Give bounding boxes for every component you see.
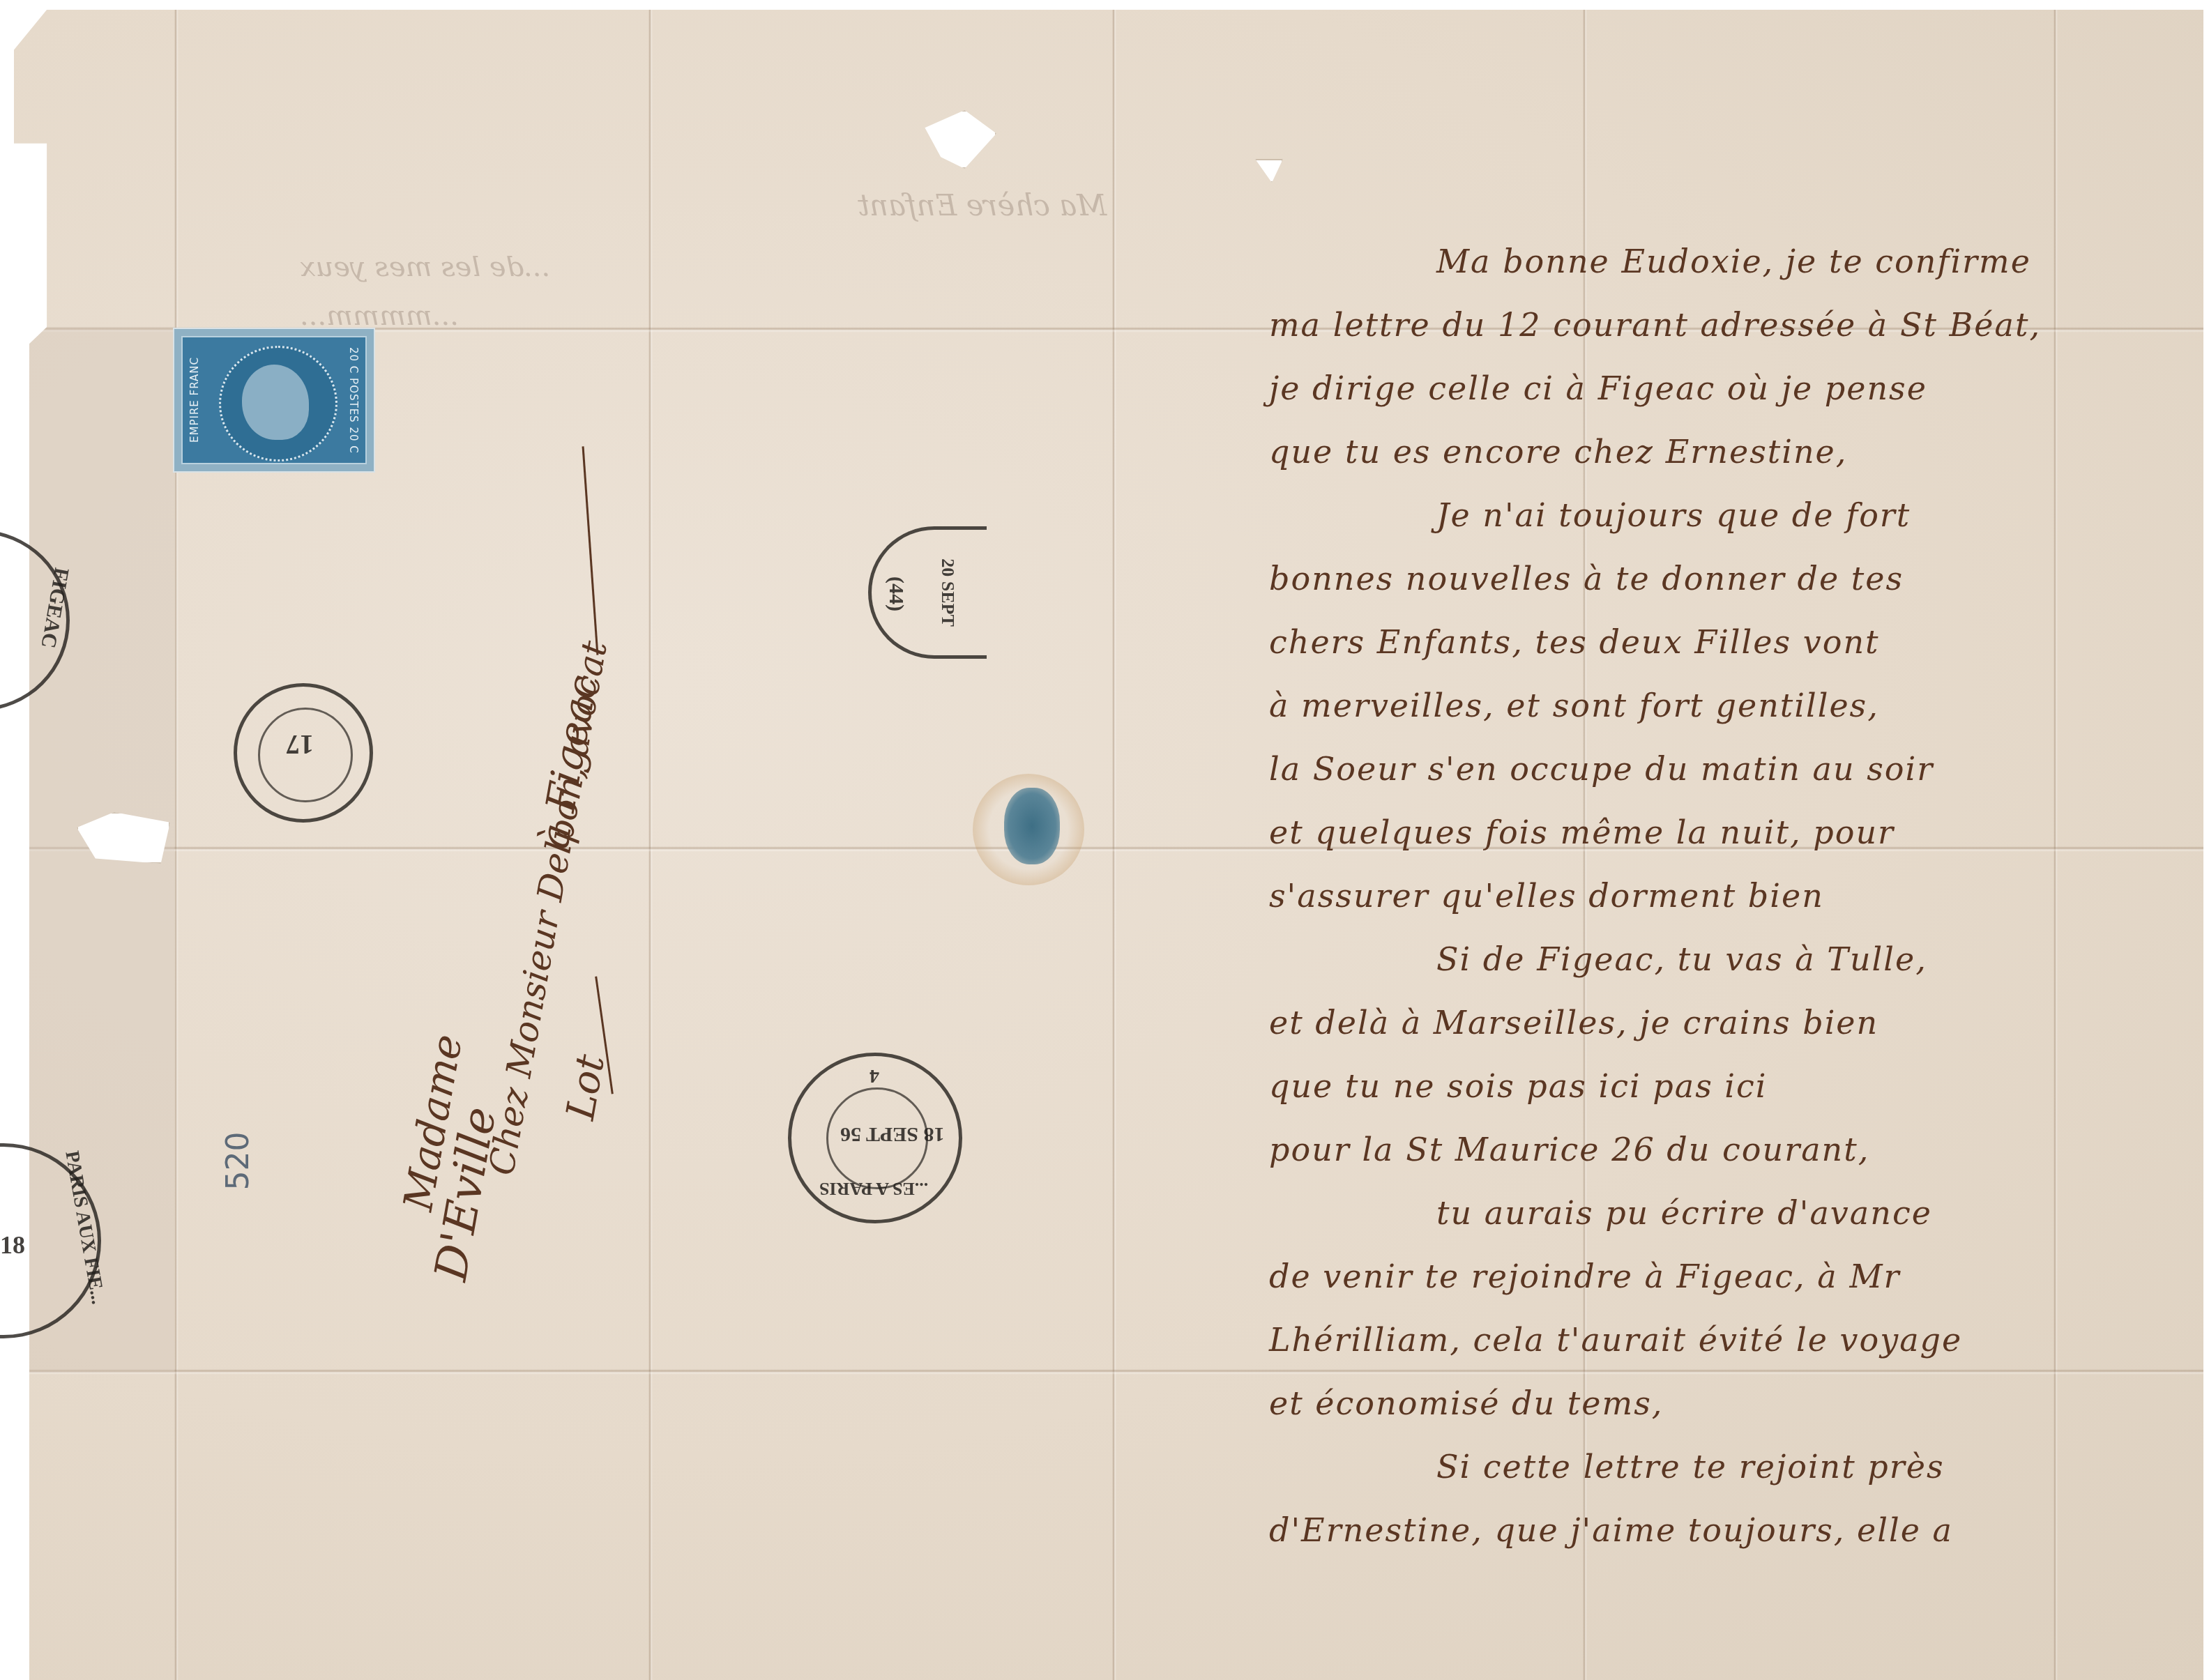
bleed-through-text: ...de les mes yeux	[300, 251, 550, 283]
portrait-icon	[242, 365, 309, 440]
stamp-right-text: 20 C POSTES 20 C	[342, 337, 360, 463]
letter-line: que tu es encore chez Ernestine,	[1269, 420, 2189, 484]
letter-line: bonnes nouvelles à te donner de tes	[1269, 547, 2189, 611]
fold-line	[648, 10, 653, 1680]
fold-line	[1112, 10, 1116, 1680]
letter-line: Je n'ai toujours que de fort	[1269, 484, 2189, 547]
postage-stamp: EMPIRE FRANC 20 C POSTES 20 C	[173, 328, 375, 473]
bleed-through-text: Ma chère Enfant	[858, 188, 1107, 222]
postmark-route-paris: 18 SEPT 56 ...ES A PARIS 4	[788, 1053, 962, 1223]
fold-line	[174, 10, 179, 1680]
letter-line: que tu ne sois pas ici pas ici	[1269, 1055, 2189, 1118]
letter-line: chers Enfants, tes deux Filles vont	[1269, 611, 2189, 674]
letter-line: pour la St Maurice 26 du courant,	[1269, 1118, 2189, 1182]
letter-line: la Soeur s'en occupe du matin au soir	[1269, 738, 2189, 801]
stamp-frame: EMPIRE FRANC 20 C POSTES 20 C	[181, 336, 367, 464]
letter-line: et économisé du tems,	[1269, 1372, 2189, 1435]
letter-line: d'Ernestine, que j'aime toujours, elle a	[1269, 1499, 2189, 1562]
letter-line: tu aurais pu écrire d'avance	[1269, 1182, 2189, 1245]
letter-body: Ma bonne Eudoxie, je te confirme ma lett…	[1269, 230, 2189, 1562]
letter-line: Lhérilliam, cela t'aurait évité le voyag…	[1269, 1308, 2189, 1372]
wax-seal	[1004, 788, 1060, 864]
letter-line: Si de Figeac, tu vas à Tulle,	[1269, 928, 2189, 991]
postmark-departure: 17	[234, 683, 373, 823]
stamp-left-text: EMPIRE FRANC	[188, 337, 206, 463]
letter-line: Ma bonne Eudoxie, je te confirme	[1269, 230, 2189, 293]
letter-line: ma lettre du 12 courant adressée à St Bé…	[1269, 293, 2189, 357]
letter-line: de venir te rejoindre à Figeac, à Mr	[1269, 1245, 2189, 1308]
pencil-note: 520	[220, 1132, 256, 1191]
letter-line: Si cette lettre te rejoint près	[1269, 1435, 2189, 1499]
letter-line: je dirige celle ci à Figeac où je pense	[1269, 357, 2189, 420]
letter-line: à merveilles, et sont fort gentilles,	[1269, 674, 2189, 738]
letter-line: s'assurer qu'elles dorment bien	[1269, 864, 2189, 928]
letter-line: et quelques fois même la nuit, pour	[1269, 801, 2189, 864]
stamp-portrait-medallion	[219, 346, 337, 461]
letter-line: et delà à Marseilles, je crains bien	[1269, 991, 2189, 1055]
